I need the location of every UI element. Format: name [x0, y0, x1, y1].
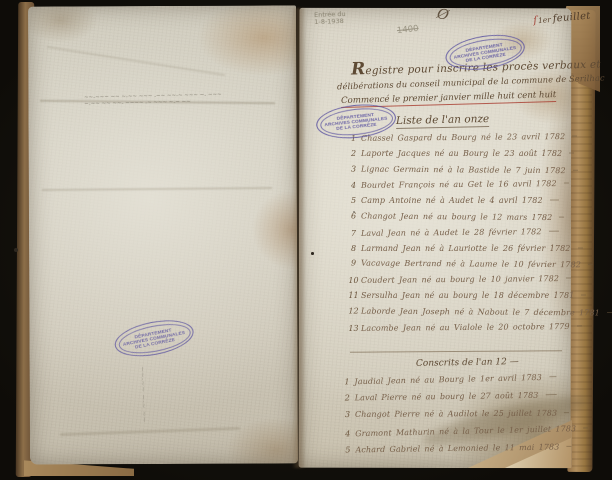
trailing-dash: [545, 394, 556, 395]
list-item: 4Bourdet François né au Get le 16 avril …: [346, 179, 566, 197]
trailing-dash: [578, 247, 583, 248]
entry-text: Laborde Jean Joseph né à Nabout le 7 déc…: [361, 306, 600, 317]
stamp-line: DÉPARTEMENT: [324, 110, 388, 122]
entry-text: Bourdet François né au Get le 16 avril 1…: [361, 180, 557, 191]
list-item: 6Changot Jean né au bourg le 12 mars 178…: [346, 211, 566, 229]
entry-text: Laporte Jacques né au Bourg le 23 août 1…: [361, 149, 562, 158]
entry-number: 8: [346, 244, 361, 253]
stamp-line: DÉPARTEMENT: [453, 40, 516, 55]
entry-number: 4: [346, 181, 361, 190]
stamp-line: ARCHIVES COMMUNALES: [453, 45, 516, 60]
dark-speck: [14, 248, 18, 252]
entry-text: Changot Jean né au bourg le 12 mars 1782: [361, 212, 552, 223]
entry-text: Camp Antoine né à Audet le 4 avril 1782: [361, 196, 543, 205]
entry-number: 3: [346, 164, 361, 173]
entry-number: 10: [346, 276, 361, 285]
trailing-dash: [573, 169, 578, 170]
left-blank-page: [28, 5, 298, 464]
entry-text: Changot Pierre né à Audilot le 25 juille…: [355, 409, 557, 419]
trailing-dash: [581, 294, 586, 295]
trailing-dash: [572, 135, 577, 136]
pencil-line: 1-8-1938: [314, 18, 346, 27]
entry-text: Chassel Gaspard du Bourg né le 23 avril …: [361, 132, 565, 143]
accession-pencil-note: Entrée du 1-8-1938: [314, 11, 346, 27]
stamp-line: ARCHIVES COMMUNALES: [123, 330, 186, 347]
list-item: 8Larmand Jean né à Lauriotte le 26 févri…: [346, 244, 566, 260]
conscription-list-an-11: 1Chassel Gaspard du Bourg né le 23 avril…: [346, 133, 566, 338]
stamp-line: DE LA CORRÈZE: [325, 121, 389, 133]
entry-number: 13: [346, 323, 361, 332]
list-item: 5Camp Antoine né à Audet le 4 avril 1782: [346, 196, 566, 212]
entry-number: 2: [346, 149, 361, 158]
folio-number: ſ1erfeuillet: [532, 4, 591, 28]
entry-text: Larmand Jean né à Lauriotte le 26 févrie…: [361, 244, 571, 253]
trailing-dash: [566, 446, 571, 447]
list-heading-an-11: Liste de l'an onze: [396, 113, 489, 129]
list-item: 12Laborde Jean Joseph né à Nabout le 7 d…: [346, 306, 566, 324]
list-item: 13Lacombe Jean né au Vialole le 20 octob…: [346, 322, 566, 340]
trailing-dash: [588, 264, 593, 265]
trailing-dash: [577, 325, 582, 326]
entry-number: 3: [340, 410, 355, 419]
entry-number: 6: [346, 211, 361, 220]
trailing-dash: [549, 376, 556, 377]
trailing-dash: [549, 230, 559, 231]
entry-number: 12: [346, 306, 361, 315]
list-item: 7Laval Jean né à Audet le 28 février 178…: [346, 227, 566, 245]
trailing-dash: [607, 312, 612, 313]
conscription-list-an-12: 1Jaudial Jean né au Bourg le 1er avril 1…: [339, 373, 564, 462]
stamp-line: DE LA CORRÈZE: [454, 50, 517, 65]
entry-number: 9: [346, 259, 361, 268]
entry-text: Vacavage Bertrand né à Laume le 10 févri…: [361, 259, 581, 270]
red-folio-mark: ſ: [533, 15, 538, 26]
stamp-line: ARCHIVES COMMUNALES: [324, 116, 388, 128]
entry-text: Sersulha Jean né au bourg le 18 décembre…: [361, 291, 574, 300]
folio-word: feuillet: [552, 11, 591, 25]
trailing-dash: [550, 200, 559, 201]
entry-text: Lignac Germain né à la Bastide le 7 juin…: [361, 164, 566, 175]
entry-number: 2: [340, 394, 355, 403]
trailing-dash: [569, 152, 574, 153]
entry-text: Coudert Jean né au bourg le 10 janvier 1…: [361, 274, 559, 285]
list-item: 10Coudert Jean né au bourg le 10 janvier…: [346, 274, 566, 292]
list-heading-an-12: Conscrits de l'an 12 —: [416, 357, 519, 369]
entry-text: Lacombe Jean né au Vialole le 20 octobre…: [361, 322, 570, 333]
list-item: 1Chassel Gaspard du Bourg né le 23 avril…: [346, 132, 566, 150]
stamp-line: DÉPARTEMENT: [122, 325, 185, 342]
list-item: 11Sersulha Jean né au bourg le 18 décemb…: [346, 291, 566, 307]
entry-number: 4: [340, 429, 355, 438]
illegible-pencil-inscription: ~~‐~~~ ~~ ~‐~~ ~~~ ‐~~ ~~‐~ ~~~ ~‐ ~~~ ~…: [84, 91, 222, 108]
scanned-register-spread: ~~‐~~~ ~~ ~‐~~ ~~~ ‐~~ ~~‐~ ~~~ ~‐ ~~~ ~…: [0, 0, 612, 480]
entry-number: 5: [346, 196, 361, 205]
entry-number: 11: [346, 291, 361, 300]
entry-number: 1: [339, 377, 354, 386]
trailing-dash: [559, 217, 564, 218]
entry-text: Laval Jean né à Audet le 28 février 1782: [361, 227, 542, 238]
list-item: 2Laporte Jacques né au Bourg le 23 août …: [346, 149, 566, 165]
trailing-dash: [583, 427, 588, 428]
folio-ordinal: 1er: [538, 15, 552, 25]
entry-number: 7: [346, 229, 361, 238]
